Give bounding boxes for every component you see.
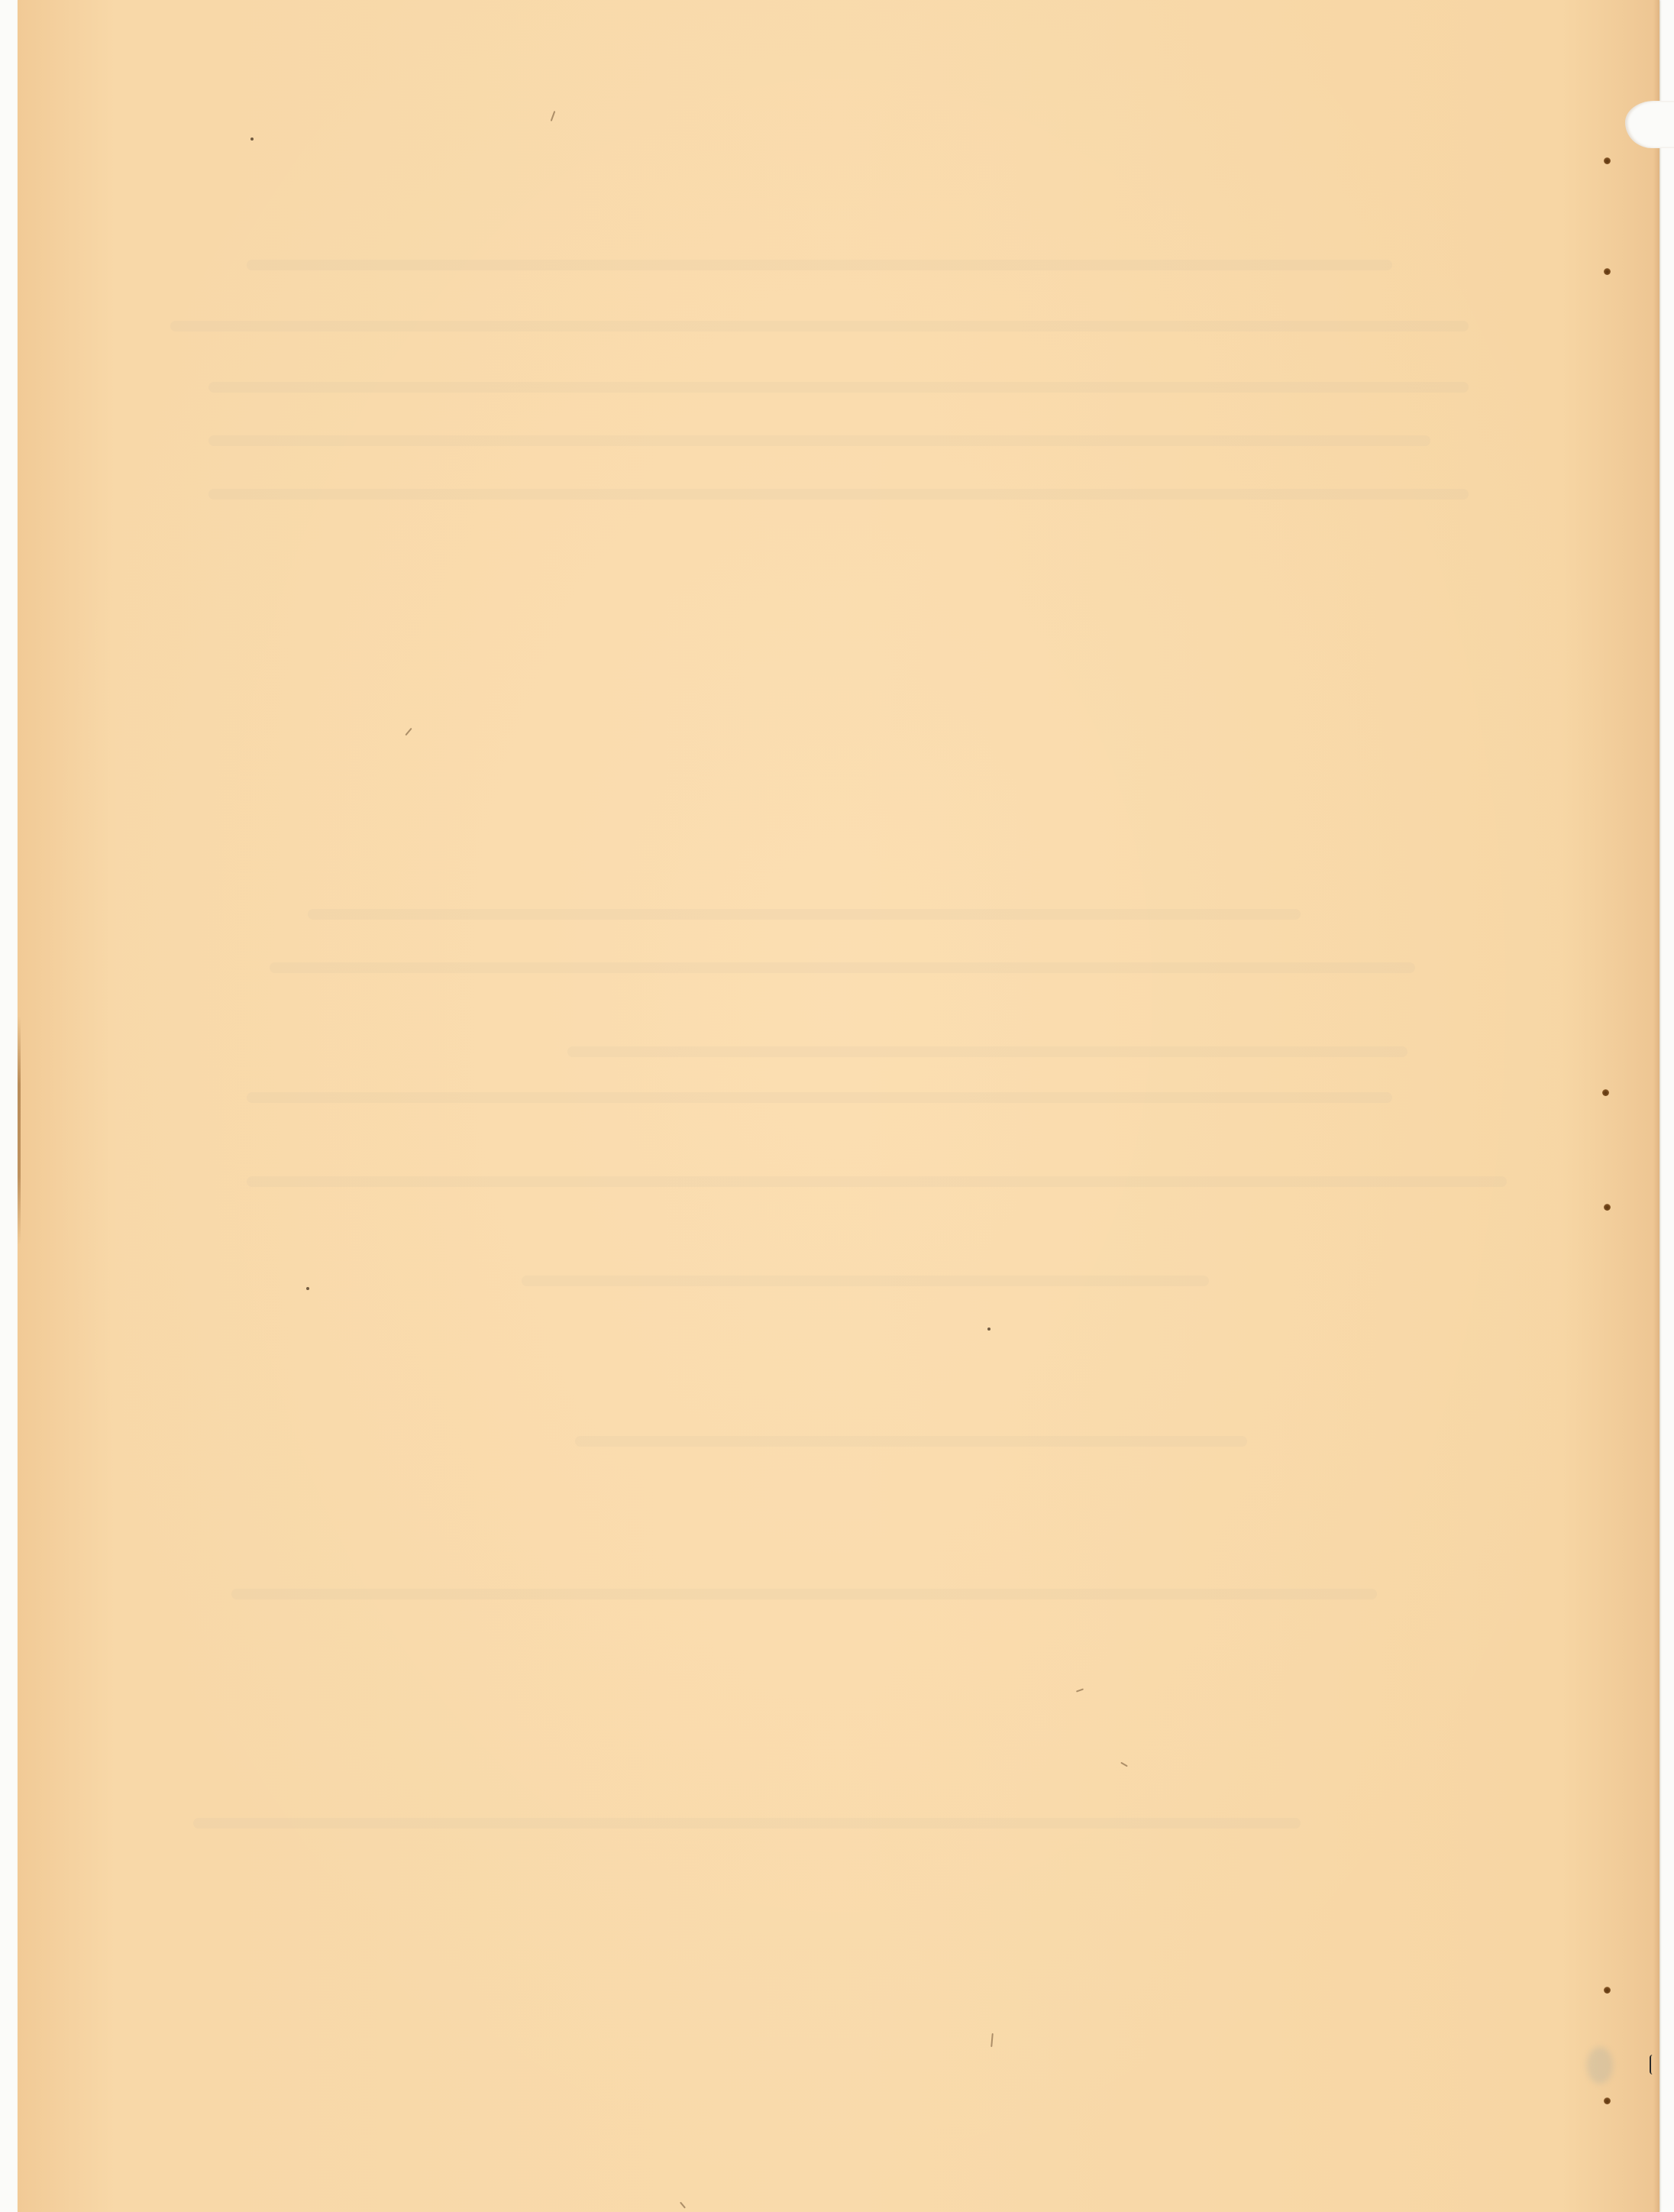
binding-hole xyxy=(1604,2097,1611,2104)
show-through-line xyxy=(247,1092,1392,1103)
show-through-line xyxy=(308,909,1301,920)
scan-background xyxy=(0,0,1674,2212)
binding-hole xyxy=(1602,1089,1609,1096)
page-right-edge xyxy=(1653,0,1659,2212)
paper-speck xyxy=(306,1287,309,1290)
page-left-edge-stain xyxy=(18,1016,21,1245)
paper-fiber xyxy=(1120,1762,1128,1767)
show-through-line xyxy=(193,1818,1301,1829)
paper-page xyxy=(18,0,1659,2212)
paper-speck xyxy=(250,137,254,141)
show-through-line xyxy=(208,435,1430,446)
show-through-line xyxy=(170,321,1469,331)
show-through-line xyxy=(567,1046,1407,1057)
show-through-line xyxy=(208,489,1469,500)
show-through-line xyxy=(231,1589,1377,1599)
binding-hole xyxy=(1604,157,1611,164)
show-through-line xyxy=(575,1436,1247,1447)
show-through-line xyxy=(522,1276,1209,1286)
paper-fiber xyxy=(1076,1688,1084,1692)
edge-ink-mark xyxy=(1650,2055,1656,2075)
show-through-line xyxy=(270,962,1415,973)
show-through-line xyxy=(208,382,1469,393)
paper-fiber xyxy=(680,2202,686,2209)
paper-speck xyxy=(987,1328,991,1331)
grey-smudge xyxy=(1587,2047,1613,2084)
paper-fiber xyxy=(551,111,556,121)
show-through-line xyxy=(247,260,1392,270)
paper-fiber xyxy=(405,728,412,736)
binding-hole xyxy=(1604,1204,1611,1211)
paper-fiber xyxy=(991,2033,994,2047)
binding-hole xyxy=(1604,268,1611,275)
binding-hole xyxy=(1604,1987,1611,1994)
show-through-line xyxy=(247,1176,1507,1187)
